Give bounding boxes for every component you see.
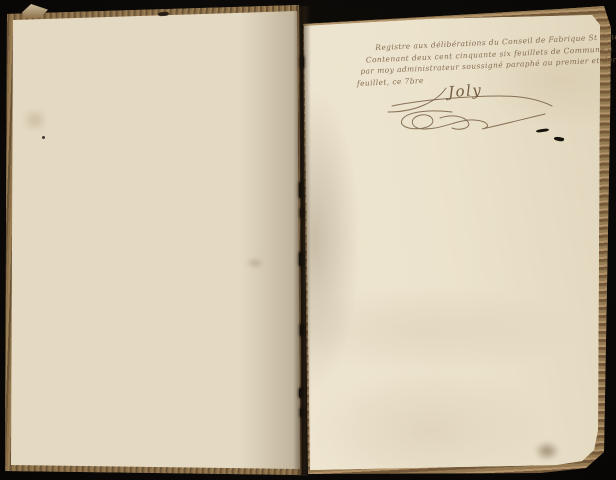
- stitch-mark: [299, 182, 303, 198]
- stain: [534, 441, 560, 461]
- spine-gutter: [293, 6, 311, 476]
- stitch-mark: [300, 56, 304, 68]
- stitch-mark: [300, 408, 304, 417]
- ink-dot: [42, 136, 45, 139]
- stitch-mark: [299, 252, 303, 266]
- stain: [246, 258, 264, 268]
- stitch-mark: [299, 388, 303, 398]
- signature: Joly: [447, 81, 483, 101]
- photo-background: Registre aux délibérations du Conseil de…: [0, 0, 616, 480]
- stitch-mark: [300, 324, 304, 336]
- stain: [22, 108, 48, 132]
- stitch-mark: [300, 208, 304, 218]
